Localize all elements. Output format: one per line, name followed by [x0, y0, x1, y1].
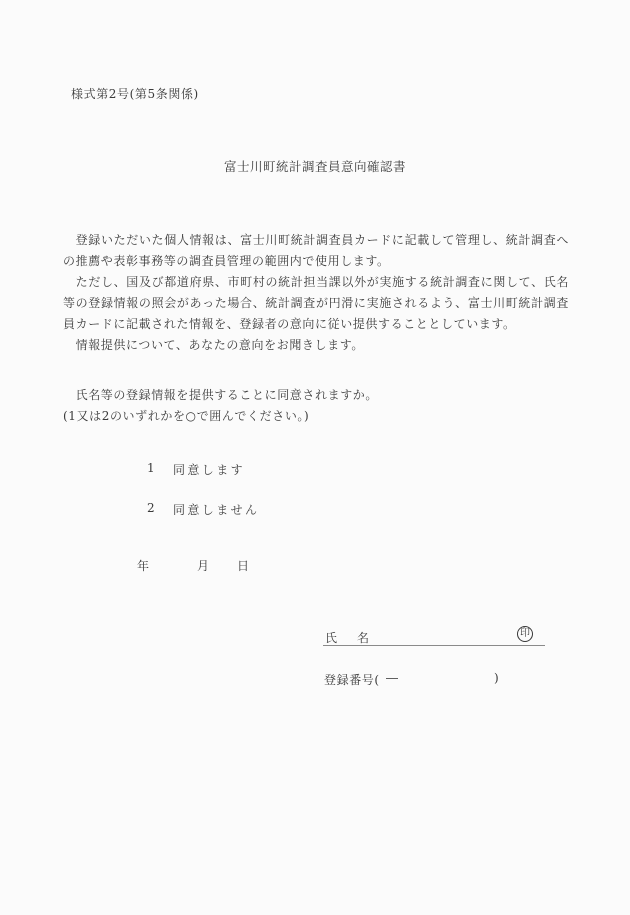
- paragraph-ask-intent: 情報提供について、あなたの意向をお聞きします。: [63, 335, 569, 356]
- registration-number-close-paren: ): [494, 671, 499, 685]
- body-text: 登録いただいた個人情報は、富士川町統計調査員カードに記載して管理し、統計調査への…: [63, 230, 569, 356]
- name-field-label-first: 氏: [325, 629, 338, 646]
- document-page: 様式第2号(第5条関係) 富士川町統計調査員意向確認書 登録いただいた個人情報は…: [0, 0, 630, 915]
- page-title: 富士川町統計調査員意向確認書: [0, 157, 630, 175]
- consent-question: 氏名等の登録情報を提供することに同意されますか。: [63, 386, 378, 403]
- paragraph-provision-policy: ただし、国及び都道府県、市町村の統計担当課以外が実施する統計調査に関して、氏名等…: [63, 272, 569, 335]
- date-year-label: 年: [137, 557, 150, 574]
- circle-instruction: (1又は2のいずれかを○で囲んでください。): [63, 407, 309, 424]
- option-1-number: 1: [147, 461, 155, 475]
- registration-number-separator: ―: [386, 671, 399, 685]
- registration-number-label: 登録番号(: [324, 671, 380, 688]
- option-2-number: 2: [147, 501, 155, 515]
- paragraph-personal-info: 登録いただいた個人情報は、富士川町統計調査員カードに記載して管理し、統計調査への…: [63, 230, 569, 272]
- name-field-label-second: 名: [357, 629, 370, 646]
- option-1-label-agree: 同意します: [173, 461, 245, 478]
- date-day-label: 日: [237, 557, 250, 574]
- form-number: 様式第2号(第5条関係): [71, 85, 199, 102]
- option-2-label-disagree: 同意しません: [173, 501, 259, 518]
- seal-mark-icon: 印: [517, 626, 533, 642]
- name-field-underline: [323, 645, 545, 646]
- date-month-label: 月: [197, 557, 210, 574]
